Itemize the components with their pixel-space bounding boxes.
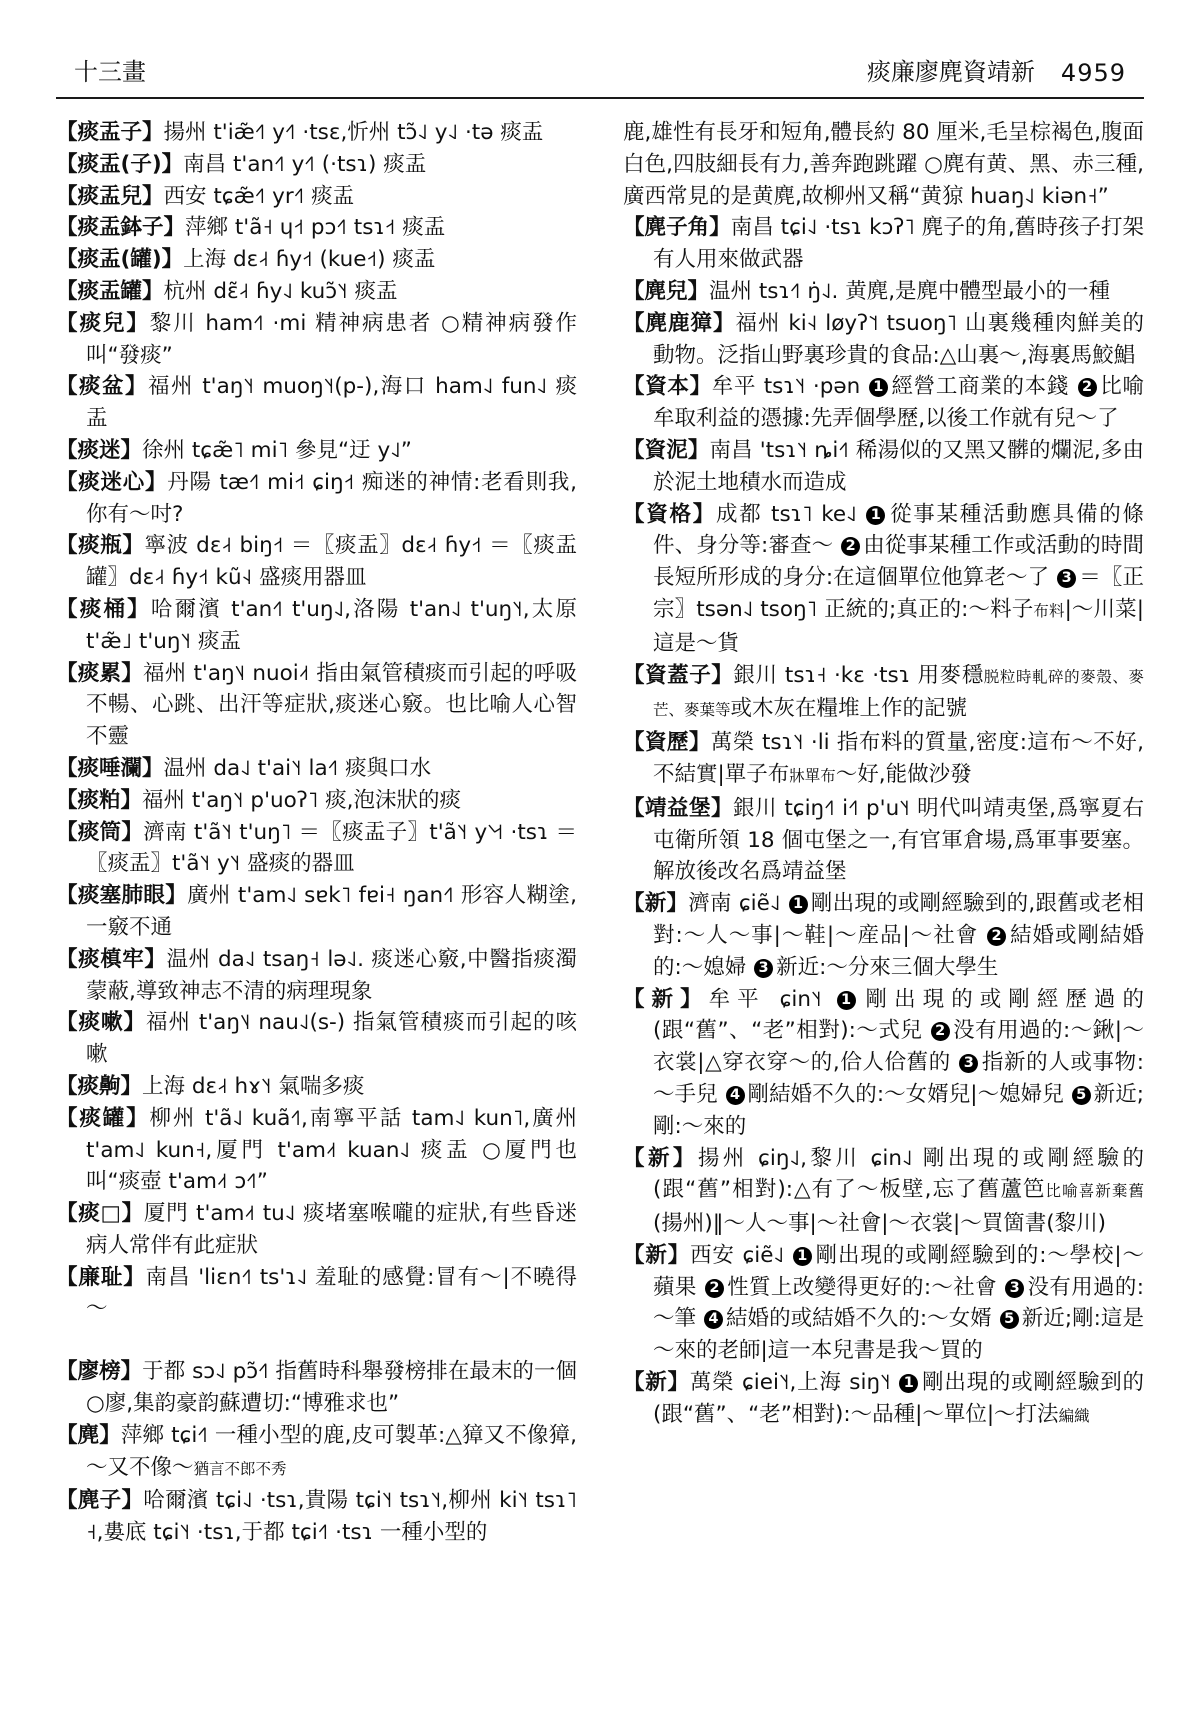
headword-range: 痰廉廖麂資靖新	[867, 52, 1035, 87]
circled-number: 3	[754, 959, 773, 978]
small-gloss: 布料	[1033, 602, 1064, 620]
dict-entry: 【新】牟平 ɕin˥˧ 1剛出現的或剛經歷過的(跟“舊”、“老”相對):～式兒 …	[623, 984, 1144, 1143]
circled-number: 5	[1000, 1310, 1019, 1329]
entry-headword: 【痰槙牢】	[56, 947, 166, 972]
entry-headword: 【痰齁】	[56, 1074, 142, 1099]
dict-entry: 【痰兒】黎川 ham˧˥ ·mi 精神病患者 ○精神病發作叫“發痰”	[56, 308, 577, 372]
radical-stroke-header: 十三畫	[74, 52, 146, 87]
entry-headword: 【麂兒】	[623, 279, 709, 304]
entry-headword: 【痰唾瀾】	[56, 756, 164, 781]
entry-headword: 【痰桶】	[56, 597, 151, 622]
entry-text: 南昌 'liɛn˧˥ ts'ɿ˨˩ 羞耻的感覺:冒有～|不曉得～	[86, 1265, 577, 1322]
dict-entry: 【痰粕】福州 t'aŋ˥˧ p'uoʔ˥ 痰,泡沫狀的痰	[56, 785, 577, 817]
dict-entry: 【痰盂子】揚州 t'iæ̃˧˥ y˧˥ ·tsɛ,忻州 tɔ̃˨˩ y˨˩ ·t…	[56, 117, 577, 149]
small-gloss: 編織	[1059, 1407, 1090, 1425]
entry-text: 性質上改變得更好的:～社會	[727, 1275, 1004, 1300]
entry-headword: 【資格】	[623, 502, 716, 527]
dict-entry: 【麂】萍鄉 tɕi˧˥ 一種小型的鹿,皮可製革:△獐又不像獐,～又不像～猶言不郎…	[56, 1420, 577, 1486]
entry-text: 温州 da˨˩ t'ai˥˧ la˧˥ 痰與口水	[164, 756, 432, 781]
dictionary-page: 十三畫 痰廉廖麂資靖新 4959 【痰盂子】揚州 t'iæ̃˧˥ y˧˥ ·ts…	[0, 0, 1200, 1724]
entry-text: 結婚的或結婚不久的:～女婿	[726, 1306, 999, 1331]
entry-text: 南昌 t'an˧˥ y˧˥ (·tsɿ) 痰盂	[183, 152, 426, 177]
entry-text: 黎川 ham˧˥ ·mi 精神病患者 ○精神病發作叫“發痰”	[86, 311, 577, 368]
entry-text: 于都 sɔ˨˩ pɔ̃˧˥ 指舊時科舉發榜排在最末的一個 ○廖,集韵豪韵蘇遭切:…	[86, 1359, 577, 1416]
entry-text: 萍鄉 t'ã˧ ɥ˧˦ pɔ˧˥ tsɿ˧˦ 痰盂	[185, 215, 445, 240]
entry-headword: 【新】	[623, 1243, 690, 1268]
entry-text: 哈爾濱 tɕi˨˩ ·tsɿ,貴陽 tɕi˥˧ tsɿ˥˧,柳州 ki˥˧ ts…	[86, 1488, 577, 1545]
entry-text: 寧波 dɛ˨˧ biŋ˧˦ ＝〖痰盂〗dɛ˨˧ ɦy˧˦ ＝〖痰盂罐〗dɛ˨˧ …	[86, 533, 577, 590]
dict-entry: 【資歷】萬榮 tsɿ˥˧ ·li 指布料的質量,密度:這布～不好,不結實|單子布…	[623, 727, 1144, 793]
entry-text: 剛結婚不久的:～女婿兒|～媳婦兒	[748, 1082, 1071, 1107]
circled-number: 4	[726, 1086, 745, 1105]
dict-entry: 【麂兒】温州 tsɿ˧˥ ŋ̇˨˩. 黄麂,是麂中體型最小的一種	[623, 276, 1144, 308]
entry-text: 上海 dɛ˨˧ hɤ˥˧ 氣喘多痰	[142, 1074, 364, 1099]
entry-headword: 【新】	[623, 1146, 698, 1171]
dict-entry: 【痰盂(罐)】上海 dɛ˨˧ ɦy˧˦ (kue˧˦) 痰盂	[56, 244, 577, 276]
entry-text: 銀川 tsɿ˧ ·kɛ ·tsɿ 用麥穩	[733, 663, 983, 688]
entry-headword: 【痰嗽】	[56, 1010, 146, 1035]
dict-entry: 【廖榜】于都 sɔ˨˩ pɔ̃˧˥ 指舊時科舉發榜排在最末的一個 ○廖,集韵豪韵…	[56, 1356, 577, 1420]
circled-number: 1	[837, 991, 856, 1010]
entry-text: (揚州)‖～人～事|～社會|～衣裳|～買箇書(黎川)	[653, 1211, 1106, 1236]
entry-headword: 【新】	[623, 891, 688, 916]
circled-number: 1	[789, 895, 808, 914]
entry-text: 經營工商業的本錢	[891, 374, 1077, 399]
entry-text: 濟南 t'ã˥˧ t'uŋ˥ ＝〖痰盂子〗t'ã˥˧ y˥˧˦ ·tsɿ ＝〖痰…	[86, 820, 577, 877]
dict-entry: 【資泥】南昌 'tsɿ˥˧ ȵi˧˥ 稀湯似的又黑又髒的爛泥,多由於泥土地積水而…	[623, 435, 1144, 499]
entry-headword: 【廖榜】	[56, 1359, 142, 1384]
entry-headword: 【痰塞肺眼】	[56, 883, 187, 908]
dict-entry: 【新】濟南 ɕiẽ˨˩ 1剛出現的或剛經驗到的,跟舊或老相對:～人～事|～鞋|～…	[623, 888, 1144, 983]
circled-number: 2	[841, 537, 860, 556]
entry-headword: 【痰兒】	[56, 311, 150, 336]
entry-text: 厦門 t'am˨˦ tu˨˩ 痰堵塞喉嚨的症狀,有些昏迷病人常伴有此症狀	[86, 1201, 577, 1258]
entry-headword: 【新】	[623, 987, 709, 1012]
entry-headword: 【麂鹿獐】	[623, 311, 736, 336]
circled-number: 1	[899, 1374, 918, 1393]
entry-headword: 【痰粕】	[56, 788, 142, 813]
entry-text: 福州 t'aŋ˥˨ nuoi˨˦ 指由氣管積痰而引起的呼吸不暢、心跳、出汗等症狀…	[86, 661, 577, 750]
dict-entry: 【新】萬榮 ɕiei˥˧,上海 siŋ˥˧ 1剛出現的或剛經驗到的(跟“舊”、“…	[623, 1367, 1144, 1433]
dict-entry: 【靖益堡】銀川 tɕiŋ˧˥ i˧˥ p'u˥˧ 明代叫靖夷堡,爲寧夏右屯衛所領…	[623, 793, 1144, 888]
dict-entry: 【痰盂罐】杭州 dɛ̃˨˧ ɦy˨˩ kuɔ̃˥˧ 痰盂	[56, 276, 577, 308]
entry-text: 杭州 dɛ̃˨˧ ɦy˨˩ kuɔ̃˥˧ 痰盂	[164, 279, 398, 304]
entry-headword: 【新】	[623, 1370, 690, 1395]
entry-headword: 【靖益堡】	[623, 796, 733, 821]
entry-text: 揚州 t'iæ̃˧˥ y˧˥ ·tsɛ,忻州 tɔ̃˨˩ y˨˩ ·tə 痰盂	[164, 120, 544, 145]
entry-text: 牟平 tsɿ˥˧ ·pən	[712, 374, 868, 399]
dict-entry: 【麂鹿獐】福州 ki˧˨ løyʔ˥˦ tsuoŋ˥ 山裏幾種肉鮮美的動物。泛指…	[623, 308, 1144, 372]
entry-headword: 【痰迷】	[56, 438, 142, 463]
dict-entry: 【麂子】哈爾濱 tɕi˨˩ ·tsɿ,貴陽 tɕi˥˧ tsɿ˥˧,柳州 ki˥…	[56, 1485, 577, 1549]
small-gloss: 牀單布	[789, 767, 836, 785]
entry-headword: 【資泥】	[623, 438, 710, 463]
entry-text: 福州 t'aŋ˥˨ nau˨˩(s-) 指氣管積痰而引起的咳嗽	[86, 1010, 577, 1067]
dict-entry: 【痰累】福州 t'aŋ˥˨ nuoi˨˦ 指由氣管積痰而引起的呼吸不暢、心跳、出…	[56, 658, 577, 753]
header-rule	[56, 97, 1144, 99]
dict-entry: 【痰桶】哈爾濱 t'an˧˥ t'uŋ˨˩,洛陽 t'an˨˩ t'uŋ˥˧,太…	[56, 594, 577, 658]
entry-headword: 【痰盂罐】	[56, 279, 164, 304]
small-gloss: 比喻喜新棄舊	[1046, 1182, 1144, 1200]
entry-text: 福州 t'aŋ˥˧ muoŋ˥˧(p-),海口 ham˨˩ fun˨˩ 痰盂	[86, 374, 577, 431]
entry-headword: 【痰瓶】	[56, 533, 144, 558]
dict-entry: 【痰瓶】寧波 dɛ˨˧ biŋ˧˦ ＝〖痰盂〗dɛ˨˧ ɦy˧˦ ＝〖痰盂罐〗d…	[56, 530, 577, 594]
entry-text: 或木灰在糧堆上作的記號	[731, 696, 968, 721]
circled-number: 3	[1057, 569, 1076, 588]
entry-headword: 【麂】	[56, 1423, 121, 1448]
dict-entry: 【痰齁】上海 dɛ˨˧ hɤ˥˧ 氣喘多痰	[56, 1071, 577, 1103]
dict-entry: 【痰盂(子)】南昌 t'an˧˥ y˧˥ (·tsɿ) 痰盂	[56, 149, 577, 181]
circled-number: 1	[869, 378, 888, 397]
page-header: 十三畫 痰廉廖麂資靖新 4959	[56, 52, 1144, 93]
entry-headword: 【廉耻】	[56, 1265, 146, 1290]
circled-number: 3	[1005, 1279, 1024, 1298]
entry-text: 新近:～分來三個大學生	[776, 955, 998, 980]
dict-entry: 【痰盆】福州 t'aŋ˥˧ muoŋ˥˧(p-),海口 ham˨˩ fun˨˩ …	[56, 371, 577, 435]
circled-number: 4	[704, 1310, 723, 1329]
entry-text: 成都 tsɿ˥ ke˨˩	[716, 502, 865, 527]
dict-entry: 【廉耻】南昌 'liɛn˧˥ ts'ɿ˨˩ 羞耻的感覺:冒有～|不曉得～	[56, 1262, 577, 1326]
dict-entry: 【痰筒】濟南 t'ã˥˧ t'uŋ˥ ＝〖痰盂子〗t'ã˥˧ y˥˧˦ ·tsɿ…	[56, 817, 577, 881]
dict-entry: 【麂子角】南昌 tɕi˨˩ ·tsɿ kɔʔ˥ 麂子的角,舊時孩子打架有人用來做…	[623, 212, 1144, 276]
dict-entry: 【資格】成都 tsɿ˥ ke˨˩ 1從事某種活動應具備的條件、身分等:審查～ 2…	[623, 499, 1144, 660]
dict-entry: 【新】揚州 ɕiŋ˨˩,黎川 ɕin˨˩ 剛出現的或剛經驗的(跟“舊”相對):△…	[623, 1143, 1144, 1240]
entry-headword: 【麂子】	[56, 1488, 143, 1513]
dict-entry: 【痰唾瀾】温州 da˨˩ t'ai˥˧ la˧˥ 痰與口水	[56, 753, 577, 785]
entry-text: 徐州 tɕæ̃˥ mi˥ 參見“迂 y˨˩”	[142, 438, 412, 463]
entry-headword: 【痰盂(罐)】	[56, 247, 183, 272]
entry-text: 哈爾濱 t'an˧˥ t'uŋ˨˩,洛陽 t'an˨˩ t'uŋ˥˧,太原 t'…	[86, 597, 577, 654]
entry-text: 柳州 t'ã˨˩ kuã˧˥,南寧平話 tam˨˩ kun˥,廣州 t'am˨˩…	[86, 1106, 577, 1195]
small-gloss: 猶言不郎不秀	[194, 1460, 287, 1478]
dict-entry: 【痰□】厦門 t'am˨˦ tu˨˩ 痰堵塞喉嚨的症狀,有些昏迷病人常伴有此症狀	[56, 1198, 577, 1262]
entry-headword: 【痰盂(子)】	[56, 152, 183, 177]
entry-text: 温州 tsɿ˧˥ ŋ̇˨˩. 黄麂,是麂中體型最小的一種	[709, 279, 1110, 304]
entry-headword: 【資蓋子】	[623, 663, 733, 688]
entry-headword: 【痰盆】	[56, 374, 148, 399]
entry-text: 鹿,雄性有長牙和短角,體長約 80 厘米,毛呈棕褐色,腹面白色,四肢細長有力,善…	[623, 120, 1144, 209]
dict-entry: 【痰迷】徐州 tɕæ̃˥ mi˥ 參見“迂 y˨˩”	[56, 435, 577, 467]
circled-number: 1	[793, 1247, 812, 1266]
entry-text: 福州 t'aŋ˥˧ p'uoʔ˥ 痰,泡沫狀的痰	[142, 788, 461, 813]
entry-text: 濟南 ɕiẽ˨˩	[688, 891, 787, 916]
text-columns: 【痰盂子】揚州 t'iæ̃˧˥ y˧˥ ·tsɛ,忻州 tɔ̃˨˩ y˨˩ ·t…	[56, 117, 1144, 1549]
entry-text: 萍鄉 tɕi˧˥ 一種小型的鹿,皮可製革:△獐又不像獐,～又不像～	[86, 1423, 577, 1480]
circled-number: 3	[959, 1054, 978, 1073]
circled-number: 5	[1072, 1086, 1091, 1105]
entry-text: 西安 tɕæ̃˧˥ yr˧˥ 痰盂	[164, 184, 355, 209]
entry-headword: 【痰□】	[56, 1201, 144, 1226]
right-column: 鹿,雄性有長牙和短角,體長約 80 厘米,毛呈棕褐色,腹面白色,四肢細長有力,善…	[623, 117, 1144, 1549]
dict-entry: 【痰盂鉢子】萍鄉 t'ã˧ ɥ˧˦ pɔ˧˥ tsɿ˧˦ 痰盂	[56, 212, 577, 244]
entry-text: ～好,能做沙發	[836, 762, 972, 787]
entry-headword: 【痰盂兒】	[56, 184, 164, 209]
entry-headword: 【資歷】	[623, 730, 711, 755]
entry-headword: 【痰盂鉢子】	[56, 215, 185, 240]
entry-text: 南昌 'tsɿ˥˧ ȵi˧˥ 稀湯似的又黑又髒的爛泥,多由於泥土地積水而造成	[653, 438, 1144, 495]
dict-entry: 【新】西安 ɕiẽ˨˩ 1剛出現的或剛經驗到的:～學校|～蘋果 2性質上改變得更…	[623, 1240, 1144, 1367]
dict-entry: 【痰罐】柳州 t'ã˨˩ kuã˧˥,南寧平話 tam˨˩ kun˥,廣州 t'…	[56, 1103, 577, 1198]
dict-entry: 【痰塞肺眼】廣州 t'am˨˩ sɐk˥ fɐi˧ ŋan˧˥ 形容人糊塗,一竅…	[56, 880, 577, 944]
entry-text: 上海 dɛ˨˧ ɦy˧˦ (kue˧˦) 痰盂	[183, 247, 435, 272]
dict-entry: 【資本】牟平 tsɿ˥˧ ·pən 1經營工商業的本錢 2比喻牟取利益的憑據:先…	[623, 371, 1144, 435]
circled-number: 2	[705, 1279, 724, 1298]
dict-entry: 【痰嗽】福州 t'aŋ˥˨ nau˨˩(s-) 指氣管積痰而引起的咳嗽	[56, 1007, 577, 1071]
entry-text: 牟平 ɕin˥˧	[709, 987, 836, 1012]
dict-entry: 【資蓋子】銀川 tsɿ˧ ·kɛ ·tsɿ 用麥穩脱粒時軋碎的麥殼、麥芒、麥葉等…	[623, 660, 1144, 728]
left-column: 【痰盂子】揚州 t'iæ̃˧˥ y˧˥ ·tsɛ,忻州 tɔ̃˨˩ y˨˩ ·t…	[56, 117, 577, 1549]
entry-continuation: 鹿,雄性有長牙和短角,體長約 80 厘米,毛呈棕褐色,腹面白色,四肢細長有力,善…	[623, 117, 1144, 212]
entry-headword: 【痰筒】	[56, 820, 143, 845]
page-number: 4959	[1061, 59, 1126, 87]
entry-headword: 【痰迷心】	[56, 470, 167, 495]
entry-text: 萬榮 ɕiei˥˧,上海 siŋ˥˧	[690, 1370, 898, 1395]
circled-number: 1	[866, 506, 885, 525]
header-right: 痰廉廖麂資靖新 4959	[867, 52, 1126, 87]
entry-headword: 【麂子角】	[623, 215, 731, 240]
entry-headword: 【痰盂子】	[56, 120, 164, 145]
entry-headword: 【資本】	[623, 374, 712, 399]
circled-number: 2	[1078, 378, 1097, 397]
circled-number: 2	[931, 1022, 950, 1041]
entry-headword: 【痰罐】	[56, 1106, 150, 1131]
entry-text: 西安 ɕiẽ˨˩	[690, 1243, 792, 1268]
dict-entry: 【痰盂兒】西安 tɕæ̃˧˥ yr˧˥ 痰盂	[56, 181, 577, 213]
entry-headword: 【痰累】	[56, 661, 143, 686]
dict-entry: 【痰迷心】丹陽 tæ˧˥ mi˧˦ ɕiŋ˧˦ 痴迷的神情:老看則我,你有～吋?	[56, 467, 577, 531]
dict-entry: 【痰槙牢】温州 da˨˩ tsaŋ˧ lə˨˩. 痰迷心竅,中醫指痰濁蒙蔽,導致…	[56, 944, 577, 1008]
circled-number: 2	[987, 927, 1006, 946]
